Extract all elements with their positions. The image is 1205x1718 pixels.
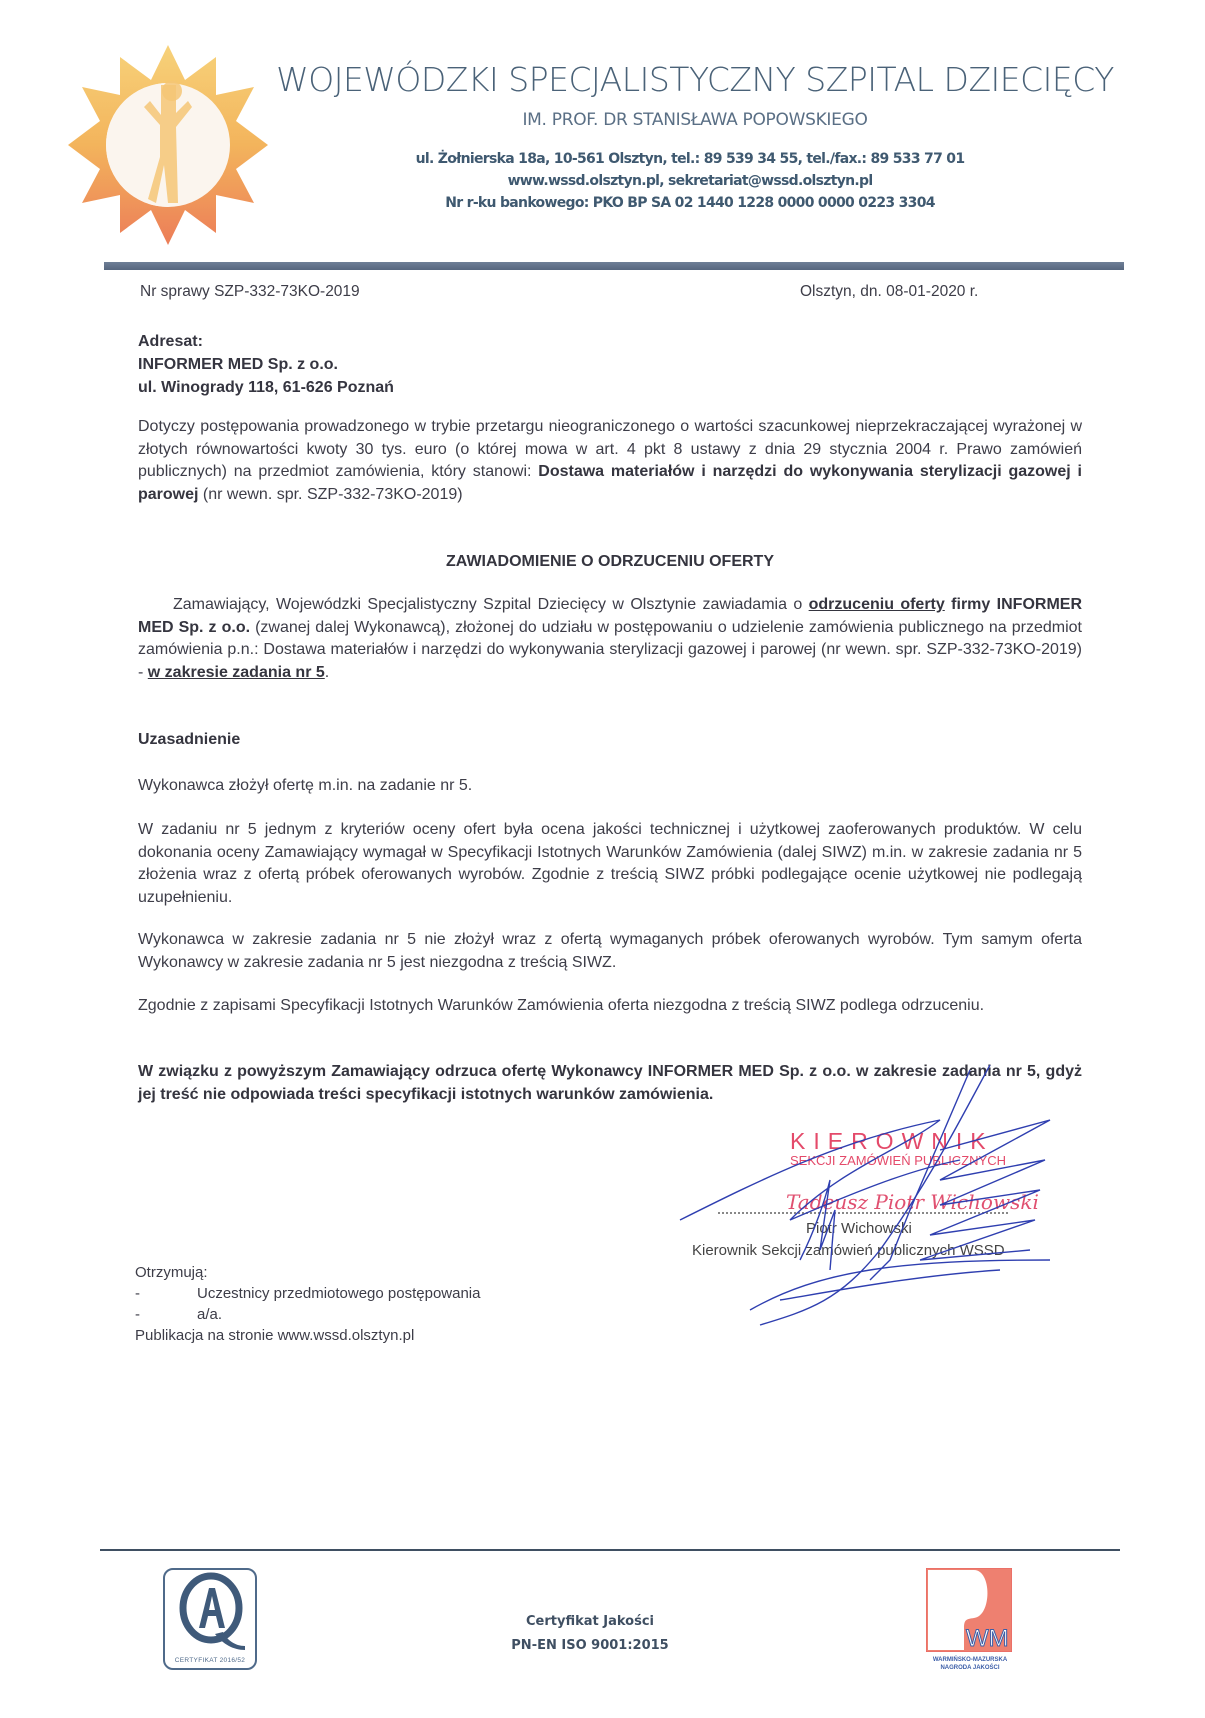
web-email-line[interactable]: www.wssd.olsztyn.pl, sekretariat@wssd.ol… — [380, 170, 1000, 192]
justification-paragraph: Wykonawca złożył ofertę m.in. na zadanie… — [138, 775, 1082, 798]
footer-divider — [100, 1549, 1120, 1551]
certificate-number: CERTYFIKAT 2016/52 — [165, 1657, 255, 1664]
addressee-company: INFORMER MED Sp. z o.o. — [138, 353, 394, 376]
recipients-label: Otrzymują: — [135, 1262, 480, 1283]
hospital-contact: ul. Żołnierska 18a, 10-561 Olsztyn, tel.… — [380, 148, 1000, 214]
recipient-item: -Uczestnicy przedmiotowego postępowania — [135, 1283, 480, 1304]
wm-award-caption: WARMIŃSKO-MAZURSKA NAGRODA JAKOŚCI — [900, 1656, 1040, 1672]
sun-child-logo-icon — [68, 45, 268, 245]
hospital-subtitle: IM. PROF. DR STANISŁAWA POPOWSKIEGO — [260, 110, 1130, 130]
notice-paragraph: Zamawiający, Wojewódzki Specjalistyczny … — [138, 594, 1082, 684]
svg-text:WM: WM — [966, 1625, 1009, 1652]
justification-heading: Uzasadnienie — [138, 731, 240, 749]
notice-title: ZAWIADOMIENIE O ODRZUCENIU OFERTY — [138, 553, 1082, 571]
addressee-label: Adresat: — [138, 330, 394, 353]
address-line: ul. Żołnierska 18a, 10-561 Olsztyn, tel.… — [380, 148, 1000, 170]
addressee-block: Adresat: INFORMER MED Sp. z o.o. ul. Win… — [138, 330, 394, 399]
certificate-standard: PN-EN ISO 9001:2015 — [440, 1634, 740, 1658]
certificate-text: Certyfikat Jakości PN-EN ISO 9001:2015 — [440, 1610, 740, 1658]
handwritten-signature-icon — [640, 1060, 1060, 1330]
justification-paragraph: W zadaniu nr 5 jednym z kryteriów oceny … — [138, 819, 1082, 909]
recipients-block: Otrzymują: -Uczestnicy przedmiotowego po… — [135, 1262, 480, 1346]
wm-quality-award-logo-icon: WM — [926, 1568, 1012, 1652]
place-date: Olsztyn, dn. 08-01-2020 r. — [800, 283, 978, 301]
justification-paragraph: Zgodnie z zapisami Specyfikacji Istotnyc… — [138, 995, 1082, 1018]
addressee-address: ul. Winogrady 118, 61-626 Poznań — [138, 376, 394, 399]
case-number: Nr sprawy SZP-332-73KO-2019 — [140, 283, 360, 301]
subject-paragraph: Dotyczy postępowania prowadzonego w tryb… — [138, 416, 1082, 506]
publication-note: Publikacja na stronie www.wssd.olsztyn.p… — [135, 1325, 480, 1346]
justification-paragraph: Wykonawca w zakresie zadania nr 5 nie zł… — [138, 929, 1082, 974]
hospital-name: WOJEWÓDZKI SPECJALISTYCZNY SZPITAL DZIEC… — [260, 60, 1130, 99]
recipient-item: -a/a. — [135, 1304, 480, 1325]
q-certificate-icon — [175, 1572, 247, 1654]
header-divider — [104, 262, 1124, 270]
bank-account-line: Nr r-ku bankowego: PKO BP SA 02 1440 122… — [380, 192, 1000, 214]
quality-certificate-badge: CERTYFIKAT 2016/52 — [163, 1568, 257, 1670]
certificate-title: Certyfikat Jakości — [440, 1610, 740, 1634]
